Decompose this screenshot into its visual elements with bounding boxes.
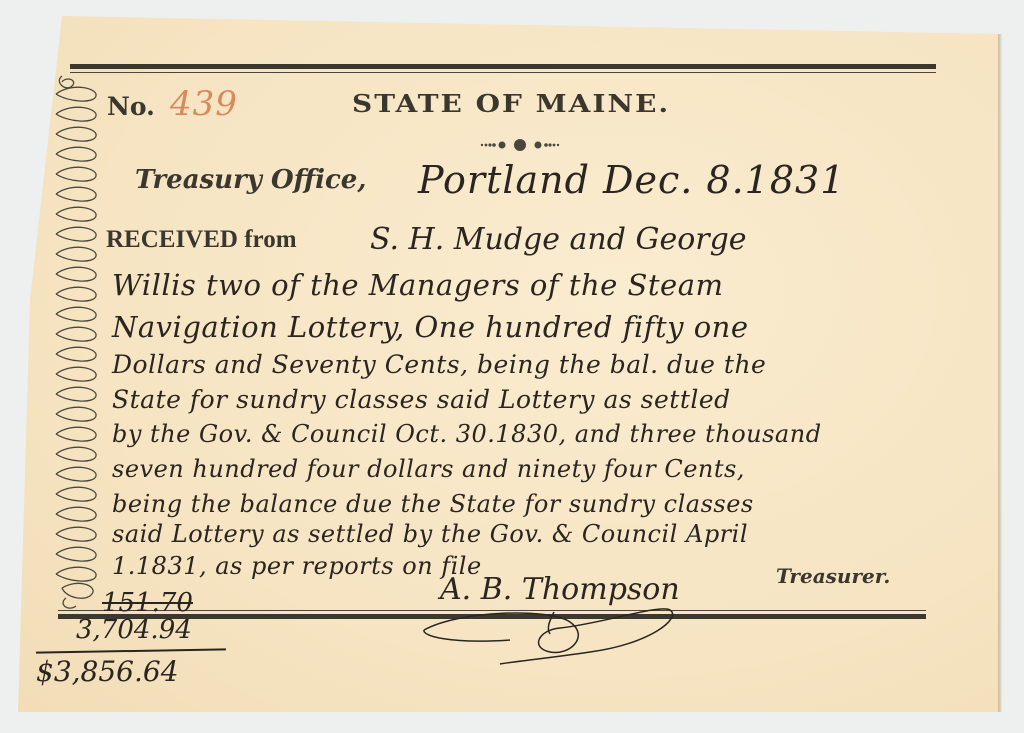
body-line-2: Willis two of the Managers of the Steam	[112, 268, 724, 302]
body-line-5: State for sundry classes said Lottery as…	[112, 385, 731, 414]
treasurer-label: Treasurer.	[776, 564, 890, 588]
body-line-1: S. H. Mudge and George	[370, 222, 747, 257]
title-ornament-icon	[478, 138, 562, 152]
body-line-6: by the Gov. & Council Oct. 30.1830, and …	[112, 420, 822, 448]
sum-second-amount: 3,704.94	[76, 615, 192, 645]
place-and-date: Portland Dec. 8.1831	[418, 158, 845, 202]
sum-total-amount: $3,856.64	[36, 655, 179, 688]
body-line-8: being the balance due the State for sund…	[112, 490, 754, 518]
sum-first-amount: 151.70	[102, 588, 193, 618]
document-title: STATE OF MAINE.	[352, 90, 670, 118]
scan-background: No. 439 STATE OF MAINE. Treasury Office,…	[0, 0, 1024, 733]
receipt-number: 439	[170, 84, 238, 124]
body-line-4: Dollars and Seventy Cents, being the bal…	[112, 350, 766, 379]
paper-edge-shadow	[998, 34, 1002, 712]
body-line-3: Navigation Lottery, One hundred fifty on…	[112, 310, 749, 344]
signature-flourish-icon	[420, 600, 720, 670]
body-line-10: 1.1831, as per reports on file	[112, 552, 482, 580]
treasury-office-label: Treasury Office,	[135, 165, 366, 195]
number-label: No.	[107, 92, 155, 121]
top-rule-thin	[70, 72, 936, 73]
body-line-9: said Lottery as settled by the Gov. & Co…	[112, 520, 748, 548]
ornamental-border-icon	[52, 72, 100, 612]
body-line-7: seven hundred four dollars and ninety fo…	[112, 455, 745, 483]
received-from-label: RECEIVED from	[106, 226, 297, 254]
top-rule-thick	[70, 64, 936, 69]
